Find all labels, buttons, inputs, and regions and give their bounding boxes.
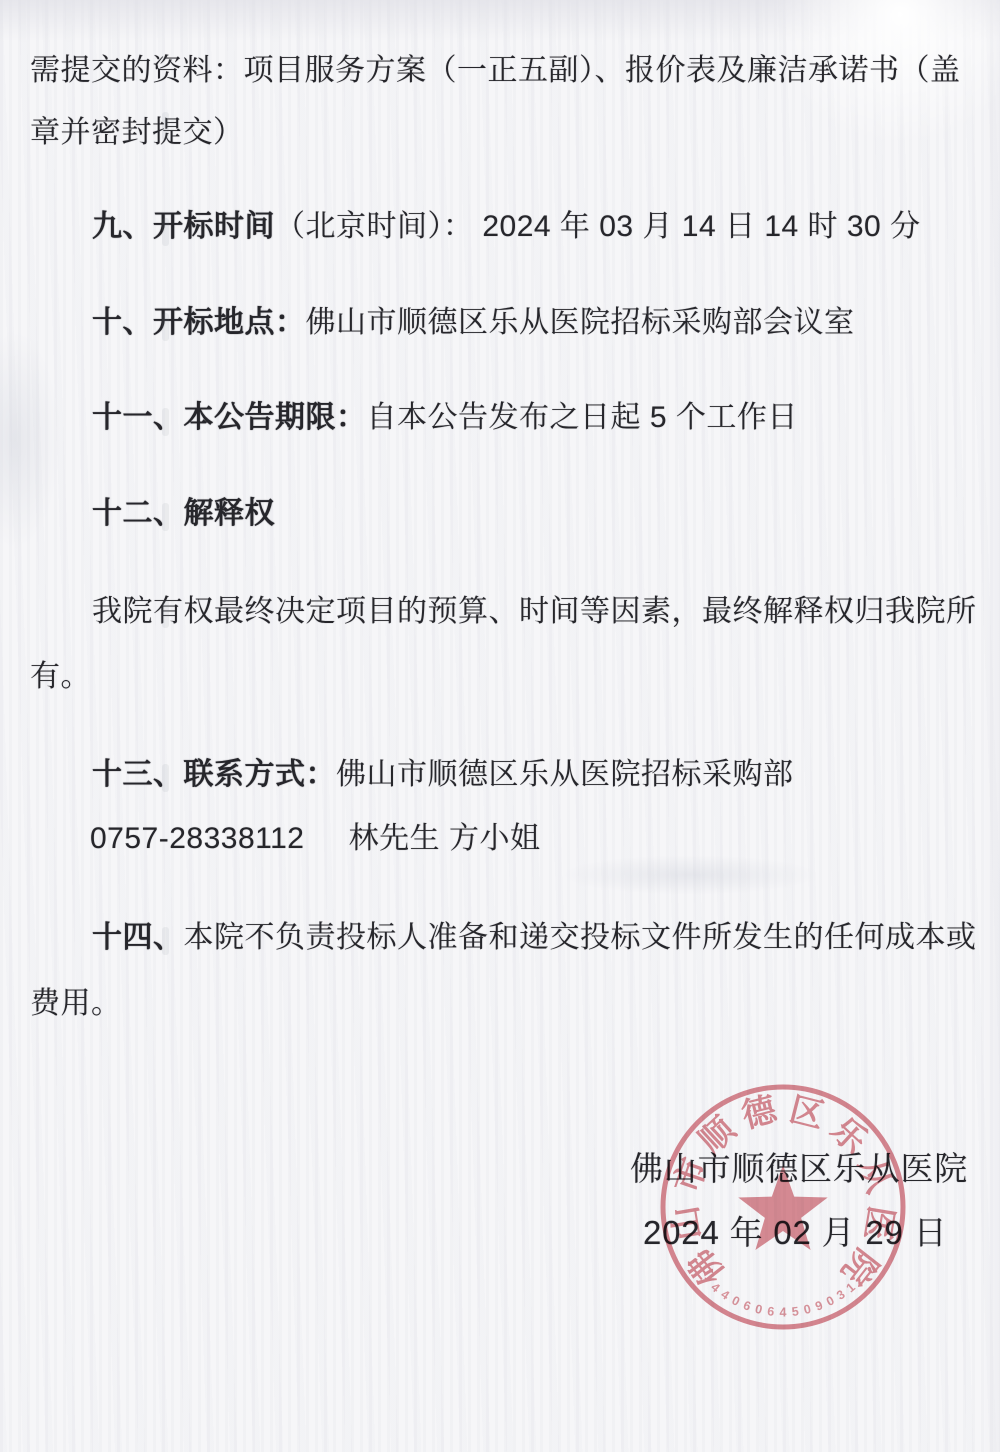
paragraph-required-materials-line2: 章并密封提交）	[30, 114, 244, 152]
seal-serial-digit: 0	[754, 1302, 764, 1317]
official-seal: 佛山市顺德区乐从医院4406064509031	[652, 1076, 914, 1338]
seal-serial-digit: 3	[834, 1287, 848, 1303]
scan-smudge	[0, 330, 60, 550]
section-13-contact-info: 十三、联系方式：佛山市顺德区乐从医院招标采购部	[92, 756, 794, 794]
scan-artifact	[162, 408, 169, 436]
section-heading: 十四、	[92, 921, 184, 954]
section-11-announcement-period: 十一、本公告期限：自本公告发布之日起 5 个工作日	[92, 399, 798, 437]
section-14-cost-disclaimer-line2: 费用。	[30, 985, 122, 1023]
section-heading: 十三、联系方式：	[92, 758, 336, 791]
text-run: 费用。	[30, 987, 122, 1020]
seal-arc-char: 乐	[823, 1110, 874, 1162]
scan-artifact	[162, 218, 169, 246]
scanned-document-page: 需提交的资料：项目服务方案（一正五副）、报价表及廉洁承诺书（盖 章并密封提交） …	[0, 0, 1000, 1452]
seal-arc-char: 山	[666, 1203, 709, 1243]
paragraph-required-materials-line1: 需提交的资料：项目服务方案（一正五副）、报价表及廉洁承诺书（盖	[30, 52, 961, 90]
seal-arc-char: 区	[786, 1090, 828, 1135]
scan-artifact	[162, 927, 169, 955]
seal-star-icon	[738, 1165, 827, 1250]
section-value: （北京时间）： 2024 年 03 月 14 日 14 时 30 分	[275, 210, 921, 243]
seal-arc-char: 德	[738, 1090, 781, 1135]
scan-artifact	[162, 600, 169, 628]
section-9-bid-opening-time: 九、开标时间（北京时间）： 2024 年 03 月 14 日 14 时 30 分	[92, 208, 921, 246]
seal-serial-digit: 6	[741, 1298, 752, 1314]
text-run: 我院有权最终决定项目的预算、时间等因素，最终解释权归我院所	[92, 595, 977, 628]
paragraph-interpretation-line2: 有。	[30, 658, 91, 696]
scan-artifact	[162, 313, 169, 341]
text-run: 章并密封提交）	[30, 116, 244, 149]
scan-artifact	[162, 503, 169, 531]
scan-artifact	[162, 764, 169, 792]
section-heading: 十、开标地点：	[92, 306, 306, 339]
section-value: 佛山市顺德区乐从医院招标采购部会议室	[306, 306, 855, 339]
seal-serial-digit: 4	[718, 1287, 732, 1303]
seal-arc-char: 佛	[680, 1242, 732, 1293]
text-run: 需提交的资料：项目服务方案（一正五副）、报价表及廉洁承诺书（盖	[30, 54, 961, 87]
seal-serial-digit: 4	[780, 1305, 787, 1319]
scan-artifact	[162, 112, 169, 140]
paragraph-interpretation-line1: 我院有权最终决定项目的预算、时间等因素，最终解释权归我院所	[92, 593, 977, 631]
section-12-interpretation-right: 十二、解释权	[92, 495, 275, 533]
scan-smudge	[560, 855, 820, 895]
section-value: 本院不负责投标人准备和递交投标文件所发生的任何成本或	[184, 921, 977, 954]
section-heading: 九、开标时间	[92, 210, 275, 243]
seal-serial-digit: 0	[802, 1302, 812, 1317]
seal-serial-digit: 5	[791, 1304, 800, 1319]
section-10-bid-opening-place: 十、开标地点：佛山市顺德区乐从医院招标采购部会议室	[92, 304, 855, 342]
seal-serial-digit: 0	[824, 1293, 837, 1309]
section-value: 佛山市顺德区乐从医院招标采购部	[336, 758, 794, 791]
seal-serial-digit: 9	[813, 1298, 824, 1314]
seal-arc-char: 医	[857, 1203, 900, 1243]
section-heading: 十一、本公告期限：	[92, 401, 367, 434]
section-heading: 十二、解释权	[92, 497, 275, 530]
text-run: 有。	[30, 660, 91, 693]
text-run: 0757-28338112 林先生 方小姐	[90, 822, 541, 855]
section-value: 自本公告发布之日起 5 个工作日	[367, 401, 798, 434]
seal-serial-digit: 6	[767, 1304, 776, 1319]
seal-arc-char: 顺	[692, 1109, 743, 1161]
seal-serial-digit: 0	[729, 1293, 742, 1309]
contact-phone-and-persons: 0757-28338112 林先生 方小姐	[90, 820, 541, 858]
section-14-cost-disclaimer-line1: 十四、本院不负责投标人准备和递交投标文件所发生的任何成本或	[92, 919, 977, 957]
